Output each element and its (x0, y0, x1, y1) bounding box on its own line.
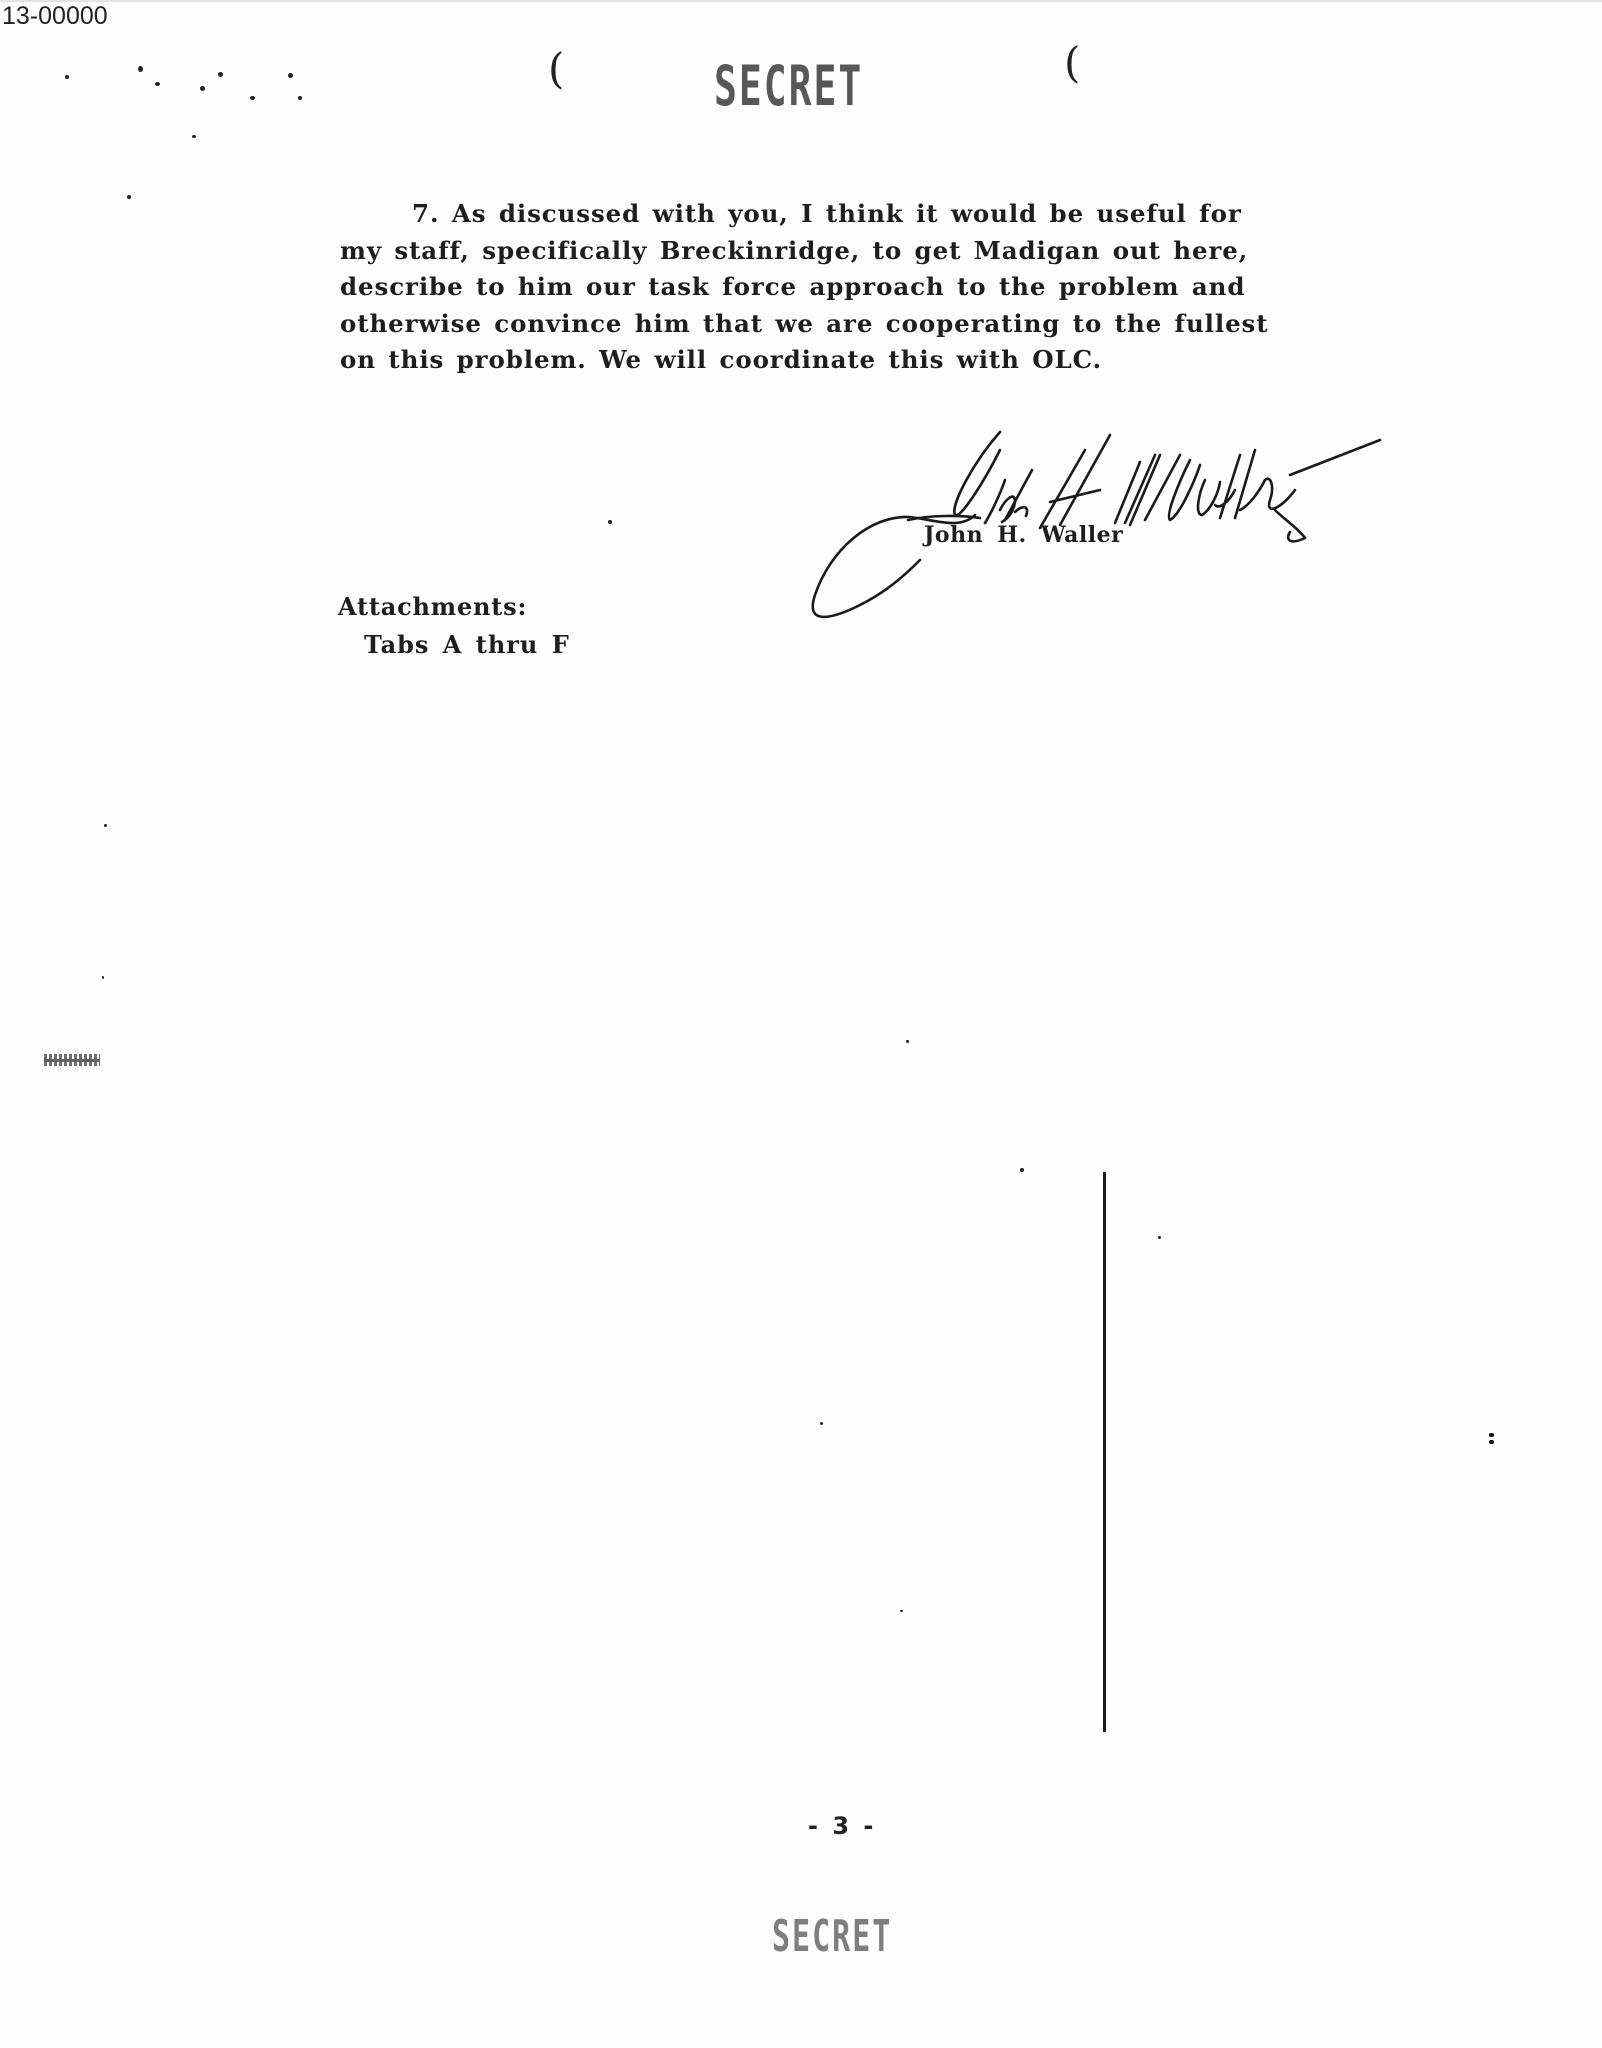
scan-speck (298, 96, 302, 100)
scan-speck (65, 75, 69, 79)
classification-stamp-bottom: SECRET (772, 1912, 892, 1963)
attachments-label: Attachments: (338, 592, 527, 621)
top-border (0, 0, 1602, 2)
paragraph-line: otherwise convince him that we are coope… (340, 306, 1340, 343)
classification-stamp-top: SECRET (714, 54, 863, 118)
paragraph-line: describe to him our task force approach … (340, 269, 1340, 306)
scan-speck (155, 82, 160, 86)
signer-typed-name: John H. Waller (924, 522, 1123, 548)
scan-speck (288, 73, 293, 78)
document-page: 13-00000 ( SECRET ( 7. As discussed with… (0, 0, 1602, 2048)
paragraph-7: 7. As discussed with you, I think it wou… (340, 196, 1340, 379)
scan-speck (906, 1040, 909, 1043)
scan-speck (200, 86, 205, 91)
punch-mark-right: ( (1064, 38, 1080, 87)
scan-speck (820, 1422, 823, 1425)
scan-speck (218, 72, 223, 77)
scan-speck (104, 824, 107, 827)
punch-mark-left: ( (548, 44, 564, 93)
scan-speck (1020, 1168, 1024, 1172)
scan-speck (250, 96, 255, 100)
document-id: 13-00000 (2, 2, 108, 31)
scan-speck (608, 520, 612, 524)
paragraph-line: my staff, specifically Breckinridge, to … (340, 233, 1340, 270)
attachments-list: Tabs A thru F (364, 630, 570, 659)
scan-speck (102, 976, 104, 979)
scan-speck (127, 195, 131, 199)
margin-redaction-mark (44, 1054, 100, 1066)
paragraph-line: on this problem. We will coordinate this… (340, 342, 1340, 379)
scan-speck (192, 135, 196, 138)
page-number: - 3 - (808, 1812, 873, 1840)
scan-speck (900, 1610, 903, 1612)
margin-colon-mark (1489, 1433, 1495, 1449)
vertical-rule (1103, 1172, 1106, 1732)
paragraph-line: 7. As discussed with you, I think it wou… (340, 196, 1340, 233)
scan-speck (1158, 1236, 1161, 1239)
scan-speck (138, 66, 143, 72)
